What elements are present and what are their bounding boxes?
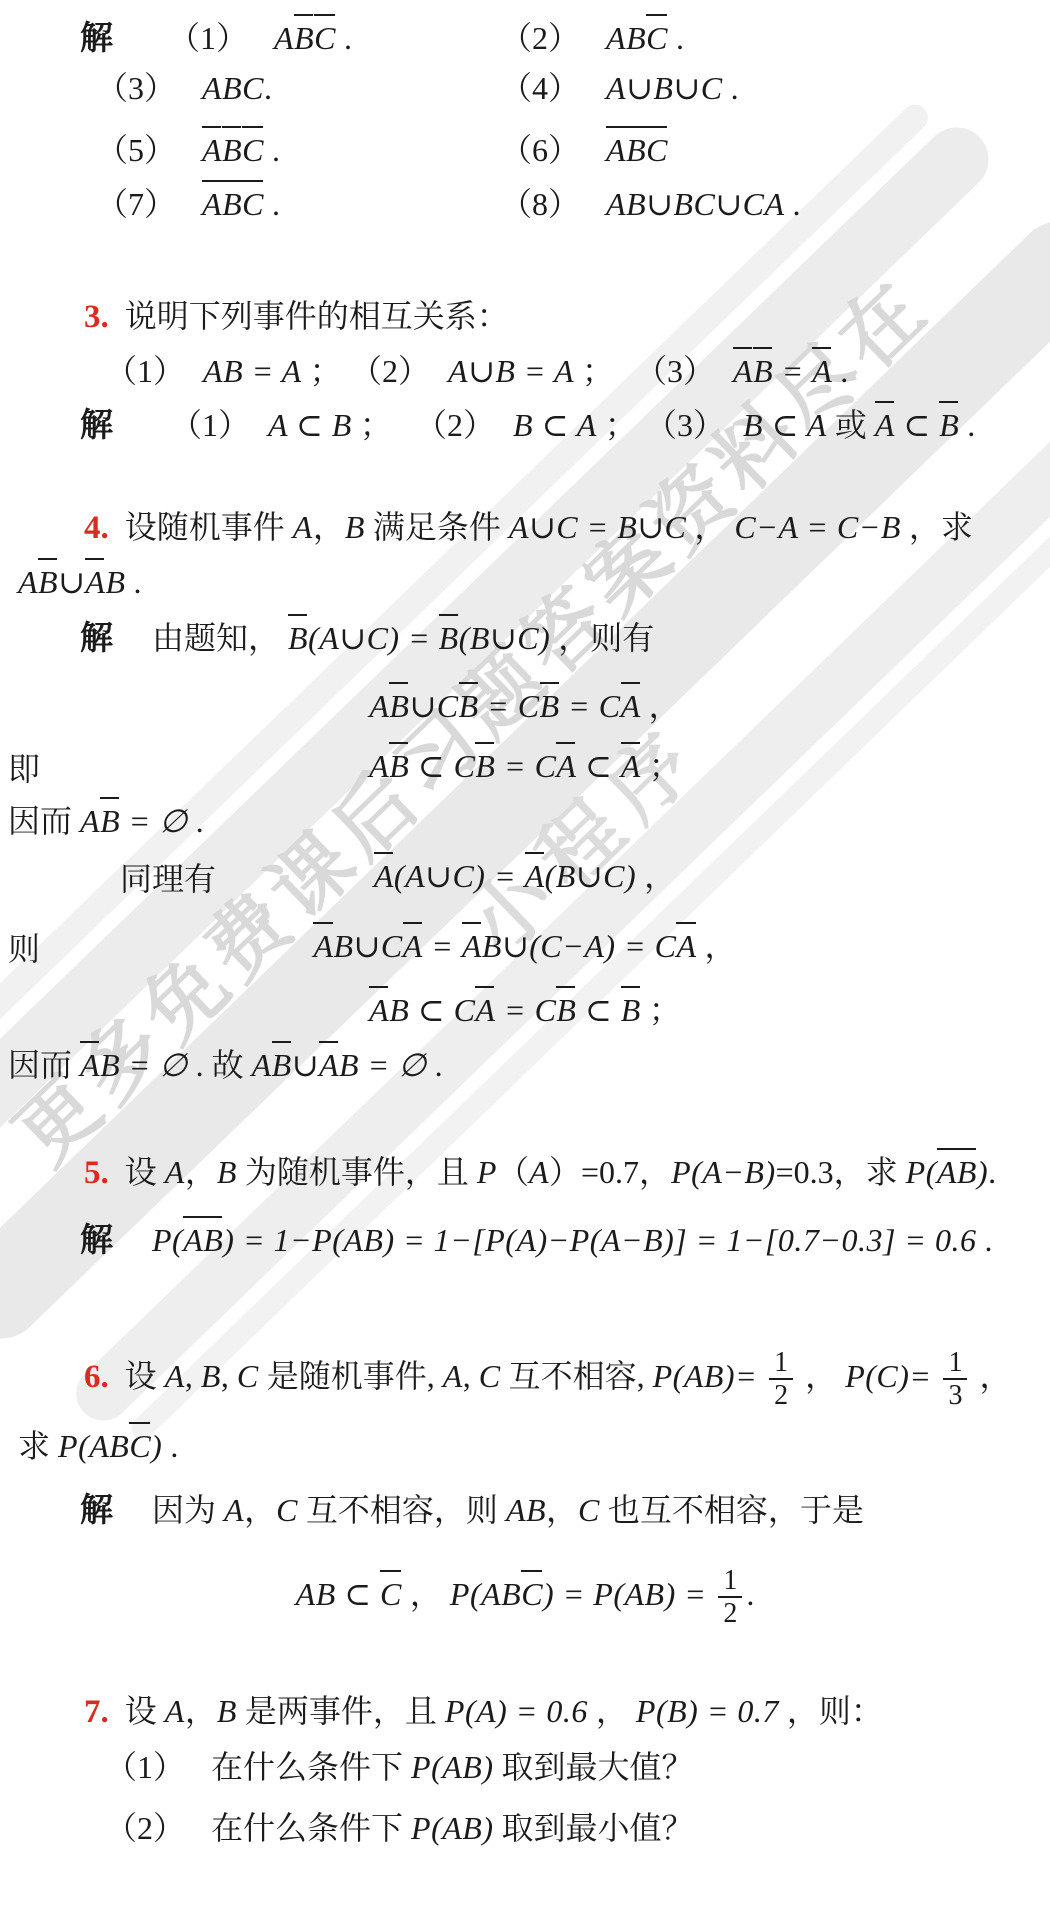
problem-3-item-2: （2）A∪B = A ； bbox=[350, 349, 614, 393]
problem-number: 3. bbox=[84, 299, 109, 335]
item-formula: AB∪BC∪CA . bbox=[606, 186, 801, 222]
problem-title-text: AB∪AB . bbox=[18, 564, 142, 600]
solve-label-text: 解 bbox=[80, 19, 114, 56]
display-equation-6: AB ⊂ C ， P(ABC) = P(AB) = 12. bbox=[0, 1566, 1050, 1629]
solve-label: 解 bbox=[80, 403, 114, 447]
textbook-solution-page: 更多免费课后习题答案资料尽在 小程序 解 （1）ABC . （2）ABC . （… bbox=[0, 0, 1050, 1920]
problem-6-solution-text: 因为 A，C 互不相容，则 AB，C 也互不相容，于是 bbox=[152, 1488, 864, 1532]
solve-label: 解 bbox=[80, 1488, 114, 1532]
solve-label: 解 bbox=[80, 16, 114, 60]
item-number: （3） bbox=[96, 70, 176, 106]
equation-text: AB∪CB = CB = CA ， bbox=[369, 688, 680, 724]
problem-number: 7. bbox=[84, 1694, 109, 1730]
item-number: （2） bbox=[350, 353, 430, 389]
item-number: （1） bbox=[105, 353, 185, 389]
item-number: （3） bbox=[645, 407, 725, 443]
item-number: （5） bbox=[96, 132, 176, 168]
question-text: 在什么条件下 P(AB) 取到最小值？ bbox=[211, 1810, 693, 1846]
problem-number: 6. bbox=[84, 1359, 109, 1395]
problem-4-solution-intro: 由题知， B(A∪C) = B(B∪C) ，则有 bbox=[152, 616, 654, 660]
item-number: （1） bbox=[170, 407, 250, 443]
answer-item-1: （1）ABC . bbox=[168, 16, 352, 60]
problem-7-question-1: （1）在什么条件下 P(AB) 取到最大值？ bbox=[105, 1745, 694, 1789]
item-formula: AB = A ； bbox=[203, 353, 342, 389]
item-formula: ABC . bbox=[202, 186, 280, 222]
fraction: 12 bbox=[718, 1566, 742, 1629]
item-number: （1） bbox=[105, 1749, 185, 1785]
solution-text: 由题知， B(A∪C) = B(B∪C) ，则有 bbox=[152, 620, 654, 656]
item-formula: ABC bbox=[606, 132, 668, 168]
answer-item-8: （8）AB∪BC∪CA . bbox=[500, 182, 801, 226]
item-formula: ABC . bbox=[202, 132, 280, 168]
problem-3-answer-3: （3）B ⊂ A 或 A ⊂ B . bbox=[645, 403, 975, 447]
item-formula: A∪B = A ； bbox=[448, 353, 614, 389]
problem-title-text: 设 A，B 为随机事件，且 P（A）=0.7，P(A−B)=0.3，求 P(AB… bbox=[125, 1154, 996, 1190]
answer-item-7: （7）ABC . bbox=[96, 182, 280, 226]
item-number: （2） bbox=[105, 1810, 185, 1846]
problem-5-solution: P(AB) = 1−P(AB) = 1−[P(A)−P(A−B)] = 1−[0… bbox=[152, 1218, 993, 1262]
fraction: 12 bbox=[769, 1348, 793, 1411]
solution-text: P(AB) = 1−P(AB) = 1−[P(A)−P(A−B)] = 1−[0… bbox=[152, 1222, 993, 1258]
answer-item-4: （4）A∪B∪C . bbox=[500, 66, 739, 110]
problem-6-title-continued: 求 P(ABC) . bbox=[18, 1424, 178, 1468]
solve-label-text: 解 bbox=[80, 406, 114, 443]
problem-title-text: 设随机事件 A，B 满足条件 A∪C = B∪C ， C−A = C−B ，求 bbox=[125, 509, 973, 545]
item-formula: ABC . bbox=[606, 20, 684, 56]
item-number: （8） bbox=[500, 186, 580, 222]
answer-item-3: （3）ABC. bbox=[96, 66, 272, 110]
problem-4-conclusion-1: 因而 AB = ∅ . bbox=[8, 799, 204, 843]
problem-title-text: 求 P(ABC) . bbox=[18, 1428, 178, 1464]
equation-text: AB ⊂ CA = CB ⊂ B ； bbox=[369, 992, 681, 1028]
display-equation-3: A(A∪C) = A(B∪C) ， bbox=[0, 854, 1050, 898]
problem-4-title-continued: AB∪AB . bbox=[18, 560, 142, 604]
equation-text: AB ⊂ CB = CA ⊂ A ； bbox=[369, 748, 681, 784]
problem-title-text: 说明下列事件的相互关系： bbox=[125, 298, 509, 334]
problem-5-title: 5.设 A，B 为随机事件，且 P（A）=0.7，P(A−B)=0.3，求 P(… bbox=[84, 1150, 996, 1195]
item-number: （3） bbox=[635, 353, 715, 389]
solve-label: 解 bbox=[80, 1218, 114, 1262]
watermark-streak bbox=[127, 400, 1050, 1444]
display-equation-4: AB∪CA = AB∪(C−A) = CA ， bbox=[0, 924, 1050, 968]
problem-6-title: 6.设 A, B, C 是随机事件, A, C 互不相容, P(AB)= 12 … bbox=[84, 1348, 1012, 1411]
item-formula: AB = A . bbox=[733, 353, 848, 389]
item-formula: B ⊂ A ； bbox=[513, 407, 637, 443]
display-equation-1: AB∪CB = CB = CA ， bbox=[0, 684, 1050, 728]
display-equation-2: AB ⊂ CB = CA ⊂ A ； bbox=[0, 744, 1050, 788]
item-formula: A ⊂ B ； bbox=[268, 407, 392, 443]
fraction: 13 bbox=[943, 1348, 967, 1411]
equation-text: AB ⊂ C ， P(ABC) = P(AB) = 12. bbox=[296, 1576, 755, 1612]
problem-number: 4. bbox=[84, 510, 109, 546]
display-equation-5: AB ⊂ CA = CB ⊂ B ； bbox=[0, 988, 1050, 1032]
answer-item-2: （2）ABC . bbox=[500, 16, 684, 60]
item-formula: ABC . bbox=[274, 20, 352, 56]
item-number: （7） bbox=[96, 186, 176, 222]
equation-text: AB∪CA = AB∪(C−A) = CA ， bbox=[313, 928, 736, 964]
solution-text: 因为 A，C 互不相容，则 AB，C 也互不相容，于是 bbox=[152, 1492, 864, 1528]
equation-text: A(A∪C) = A(B∪C) ， bbox=[374, 858, 676, 894]
answer-item-6: （6）ABC bbox=[500, 128, 668, 172]
item-number: （6） bbox=[500, 132, 580, 168]
problem-7-title: 7.设 A，B 是两事件，且 P(A) = 0.6 ， P(B) = 0.7 ，… bbox=[84, 1689, 883, 1734]
item-number: （2） bbox=[415, 407, 495, 443]
problem-4-title: 4.设随机事件 A，B 满足条件 A∪C = B∪C ， C−A = C−B ，… bbox=[84, 505, 973, 550]
solution-text: 因而 AB = ∅ . bbox=[8, 803, 204, 839]
item-number: （2） bbox=[500, 20, 580, 56]
problem-title-text: 设 A, B, C 是随机事件, A, C 互不相容, P(AB)= 12 ， … bbox=[125, 1358, 1012, 1394]
problem-3-title: 3.说明下列事件的相互关系： bbox=[84, 294, 509, 339]
answer-item-5: （5）ABC . bbox=[96, 128, 280, 172]
solve-label-text: 解 bbox=[80, 1491, 114, 1528]
item-formula: ABC. bbox=[202, 70, 272, 106]
solution-text: 因而 AB = ∅ . 故 AB∪AB = ∅ . bbox=[8, 1047, 443, 1083]
item-number: （4） bbox=[500, 70, 580, 106]
solve-label-text: 解 bbox=[80, 1221, 114, 1258]
question-text: 在什么条件下 P(AB) 取到最大值？ bbox=[211, 1749, 693, 1785]
problem-3-answer-1: （1）A ⊂ B ； bbox=[170, 403, 392, 447]
item-formula: B ⊂ A 或 A ⊂ B . bbox=[743, 407, 975, 443]
solve-label: 解 bbox=[80, 616, 114, 660]
problem-number: 5. bbox=[84, 1155, 109, 1191]
item-number: （1） bbox=[168, 20, 248, 56]
problem-7-question-2: （2）在什么条件下 P(AB) 取到最小值？ bbox=[105, 1806, 694, 1850]
problem-4-conclusion-2: 因而 AB = ∅ . 故 AB∪AB = ∅ . bbox=[8, 1043, 443, 1087]
item-formula: A∪B∪C . bbox=[606, 70, 739, 106]
solve-label-text: 解 bbox=[80, 619, 114, 656]
problem-3-answer-2: （2）B ⊂ A ； bbox=[415, 403, 637, 447]
problem-title-text: 设 A，B 是两事件，且 P(A) = 0.6 ， P(B) = 0.7 ，则： bbox=[125, 1693, 883, 1729]
problem-3-item-1: （1）AB = A ； bbox=[105, 349, 342, 393]
problem-3-item-3: （3）AB = A . bbox=[635, 349, 848, 393]
